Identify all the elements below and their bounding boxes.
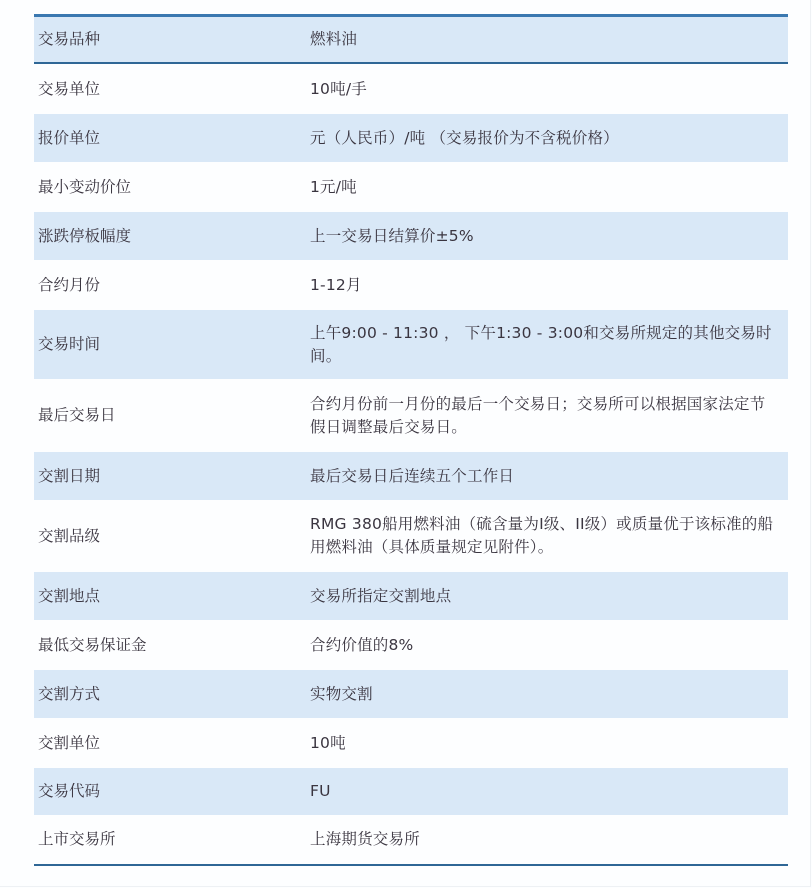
row-value: 最后交易日后连续五个工作日 bbox=[306, 465, 788, 488]
row-value: 实物交割 bbox=[306, 683, 788, 706]
row-value: 上海期货交易所 bbox=[306, 828, 788, 851]
row-value: 合约月份前一月份的最后一个交易日；交易所可以根据国家法定节假日调整最后交易日。 bbox=[306, 393, 788, 439]
table-row: 交易代码 FU bbox=[34, 768, 788, 815]
row-label: 交易时间 bbox=[34, 333, 306, 356]
table-row: 交割单位 10吨 bbox=[34, 718, 788, 768]
row-label: 上市交易所 bbox=[34, 828, 306, 851]
table-row: 最小变动价位 1元/吨 bbox=[34, 162, 788, 212]
row-label: 交易单位 bbox=[34, 78, 306, 101]
table-row-header: 交易品种 燃料油 bbox=[34, 17, 788, 64]
table-row: 报价单位 元（人民币）/吨 （交易报价为不含税价格） bbox=[34, 114, 788, 162]
row-value: 合约价值的8% bbox=[306, 634, 788, 657]
table-row: 最后交易日 合约月份前一月份的最后一个交易日；交易所可以根据国家法定节假日调整最… bbox=[34, 379, 788, 452]
table-row: 交易单位 10吨/手 bbox=[34, 64, 788, 114]
row-value: 上午9:00 - 11:30 ， 下午1:30 - 3:00和交易所规定的其他交… bbox=[306, 322, 788, 368]
row-label: 最低交易保证金 bbox=[34, 634, 306, 657]
table-row: 交割地点 交易所指定交割地点 bbox=[34, 572, 788, 620]
row-value: 元（人民币）/吨 （交易报价为不含税价格） bbox=[306, 127, 788, 150]
row-label: 涨跌停板幅度 bbox=[34, 225, 306, 248]
row-value: 10吨 bbox=[306, 732, 788, 755]
row-value: 燃料油 bbox=[306, 28, 788, 51]
table-row: 交割品级 RMG 380船用燃料油（硫含量为I级、II级）或质量优于该标准的船用… bbox=[34, 500, 788, 572]
row-label: 交割日期 bbox=[34, 465, 306, 488]
contract-spec-table: 交易品种 燃料油 交易单位 10吨/手 报价单位 元（人民币）/吨 （交易报价为… bbox=[34, 14, 788, 866]
row-label: 交易品种 bbox=[34, 28, 306, 51]
table-row: 交割方式 实物交割 bbox=[34, 670, 788, 718]
row-value: FU bbox=[306, 780, 788, 803]
row-value: 1元/吨 bbox=[306, 176, 788, 199]
row-value: 交易所指定交割地点 bbox=[306, 585, 788, 608]
row-label: 交割单位 bbox=[34, 732, 306, 755]
row-value: 10吨/手 bbox=[306, 78, 788, 101]
table-row: 上市交易所 上海期货交易所 bbox=[34, 815, 788, 864]
row-label: 交易代码 bbox=[34, 780, 306, 803]
table-row: 最低交易保证金 合约价值的8% bbox=[34, 620, 788, 670]
row-label: 最后交易日 bbox=[34, 404, 306, 427]
row-label: 交割方式 bbox=[34, 683, 306, 706]
table-row: 交割日期 最后交易日后连续五个工作日 bbox=[34, 452, 788, 500]
row-value: 上一交易日结算价±5% bbox=[306, 225, 788, 248]
row-value: 1-12月 bbox=[306, 274, 788, 297]
row-label: 最小变动价位 bbox=[34, 176, 306, 199]
row-label: 交割品级 bbox=[34, 525, 306, 548]
table-row: 合约月份 1-12月 bbox=[34, 260, 788, 310]
row-label: 交割地点 bbox=[34, 585, 306, 608]
row-label: 合约月份 bbox=[34, 274, 306, 297]
table-row: 涨跌停板幅度 上一交易日结算价±5% bbox=[34, 212, 788, 260]
row-label: 报价单位 bbox=[34, 127, 306, 150]
table-row: 交易时间 上午9:00 - 11:30 ， 下午1:30 - 3:00和交易所规… bbox=[34, 310, 788, 379]
row-value: RMG 380船用燃料油（硫含量为I级、II级）或质量优于该标准的船用燃料油（具… bbox=[306, 513, 788, 559]
